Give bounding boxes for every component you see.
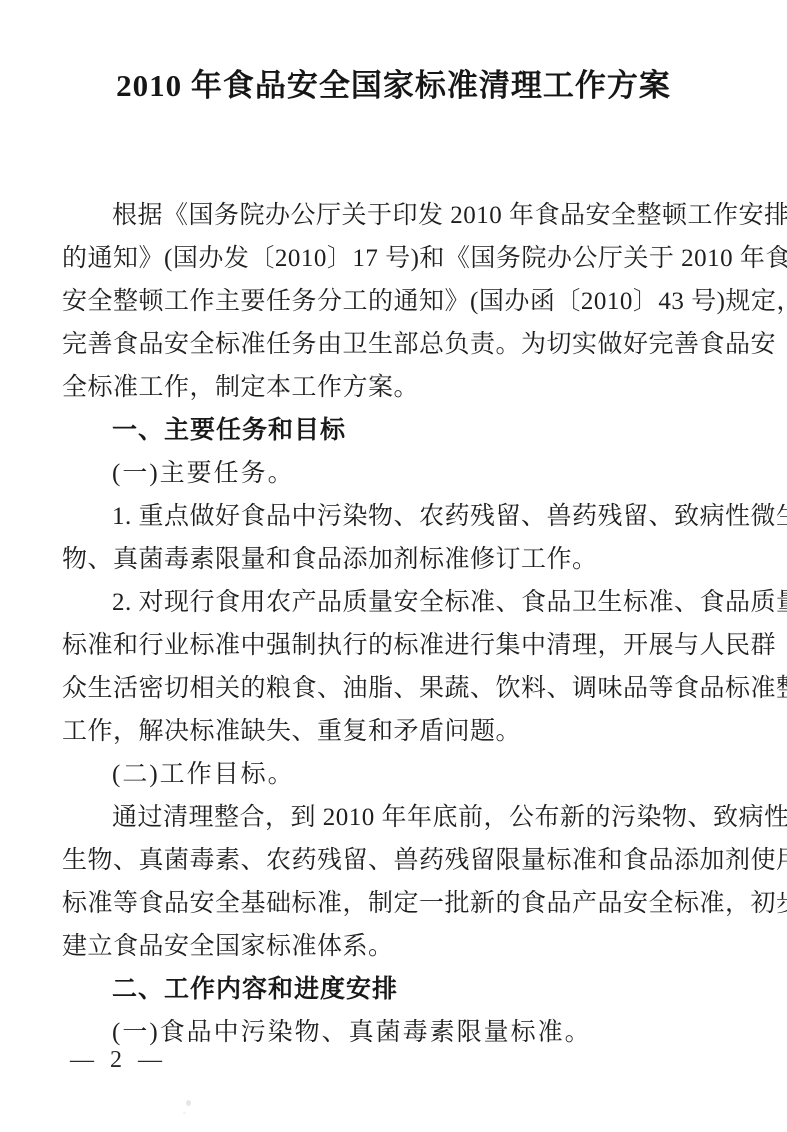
text-line: 安全整顿工作主要任务分工的通知》(国办函〔2010〕43 号)规定， — [62, 280, 752, 323]
page-number: — 2 — — [70, 1047, 164, 1073]
text-line: 全标准工作，制定本工作方案。 — [62, 366, 752, 409]
section-heading: 二、工作内容和进度安排 — [62, 968, 752, 1011]
document-body: 根据《国务院办公厅关于印发 2010 年食品安全整顿工作安排的通知》(国办发〔2… — [62, 194, 752, 1054]
text-line: 1. 重点做好食品中污染物、农药残留、兽药残留、致病性微生 — [62, 495, 752, 538]
scan-artifact-speck — [183, 1112, 186, 1114]
text-line: 生物、真菌毒素、农药残留、兽药残留限量标准和食品添加剂使用 — [62, 839, 752, 882]
text-line: 通过清理整合，到 2010 年年底前，公布新的污染物、致病性微 — [62, 796, 752, 839]
text-line: 2. 对现行食用农产品质量安全标准、食品卫生标准、食品质量 — [62, 581, 752, 624]
subsection-heading: (一)食品中污染物、真菌毒素限量标准。 — [62, 1011, 752, 1054]
subsection-heading: (二)工作目标。 — [62, 753, 752, 796]
scan-artifact-speck — [186, 1100, 191, 1106]
text-line: 众生活密切相关的粮食、油脂、果蔬、饮料、调味品等食品标准整合 — [62, 667, 752, 710]
text-line: 标准和行业标准中强制执行的标准进行集中清理，开展与人民群 — [62, 624, 752, 667]
text-line: 建立食品安全国家标准体系。 — [62, 925, 752, 968]
text-line: 标准等食品安全基础标准，制定一批新的食品产品安全标准，初步 — [62, 882, 752, 925]
document-page: 2010 年食品安全国家标准清理工作方案 根据《国务院办公厅关于印发 2010 … — [0, 0, 787, 1132]
section-heading: 一、主要任务和目标 — [62, 409, 752, 452]
text-line: 物、真菌毒素限量和食品添加剂标准修订工作。 — [62, 538, 752, 581]
text-line: 工作，解决标准缺失、重复和矛盾问题。 — [62, 710, 752, 753]
text-line: 的通知》(国办发〔2010〕17 号)和《国务院办公厅关于 2010 年食品 — [62, 237, 752, 280]
text-line: 根据《国务院办公厅关于印发 2010 年食品安全整顿工作安排 — [62, 194, 752, 237]
subsection-heading: (一)主要任务。 — [62, 452, 752, 495]
text-line: 完善食品安全标准任务由卫生部总负责。为切实做好完善食品安 — [62, 323, 752, 366]
document-title: 2010 年食品安全国家标准清理工作方案 — [0, 64, 787, 108]
page-footer: — 2 — — [70, 1046, 164, 1074]
